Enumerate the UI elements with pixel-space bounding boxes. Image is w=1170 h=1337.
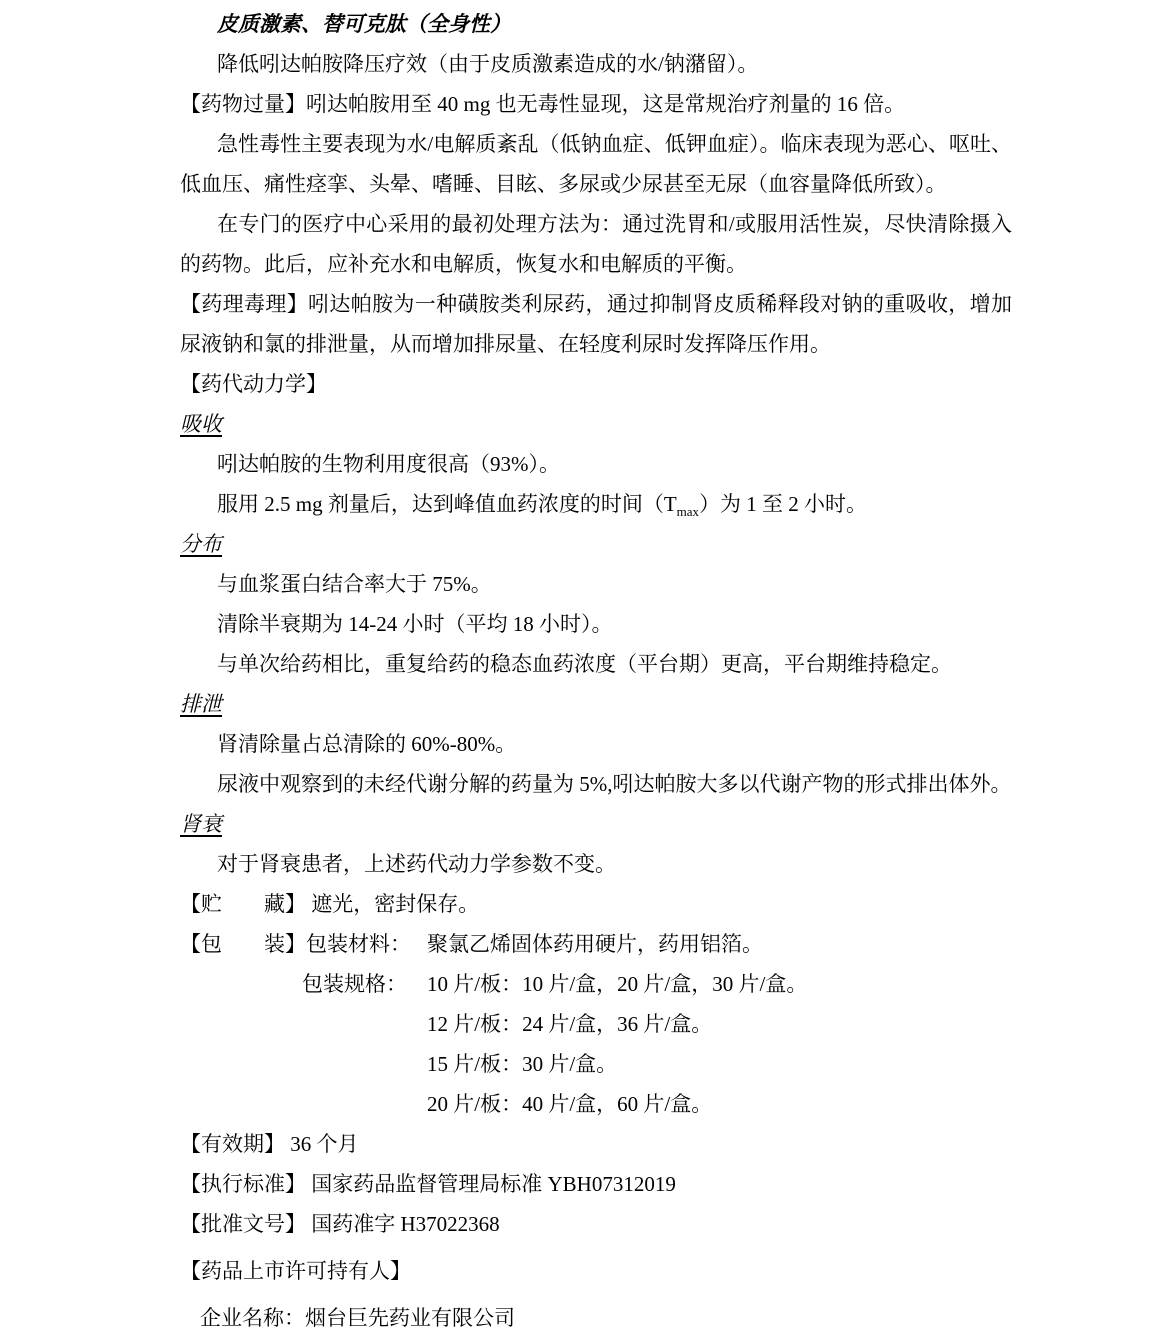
section-packaging-material: 【包 装】包装材料：聚氯乙烯固体药用硬片，药用铝箔。 <box>180 924 1012 964</box>
para-renal-clearance: 肾清除量占总清除的 60%-80%。 <box>180 724 1012 764</box>
tmax-subscript: max <box>677 504 699 519</box>
packaging-material-label: 【包 装】包装材料： <box>180 932 411 956</box>
document-page: 皮质激素、替可克肽（全身性） 降低吲达帕胺降压疗效（由于皮质激素造成的水/钠潴留… <box>180 4 1012 1337</box>
subheading-distribution: 分布 <box>180 524 1012 564</box>
para-acute-toxicity: 急性毒性主要表现为水/电解质紊乱（低钠血症、低钾血症）。临床表现为恶心、呕吐、低… <box>180 124 1012 204</box>
section-shelf-life: 【有效期】 36 个月 <box>180 1124 1012 1164</box>
para-steady-state: 与单次给药相比，重复给药的稳态血药浓度（平台期）更高，平台期维持稳定。 <box>180 644 1012 684</box>
packaging-spec-line-4: 20 片/板：40 片/盒，60 片/盒。 <box>180 1084 1012 1124</box>
para-tmax: 服用 2.5 mg 剂量后，达到峰值血药浓度的时间（Tmax）为 1 至 2 小… <box>180 484 1012 524</box>
para-half-life: 清除半衰期为 14-24 小时（平均 18 小时）。 <box>180 604 1012 644</box>
para-bioavailability: 吲达帕胺的生物利用度很高（93%）。 <box>180 444 1012 484</box>
section-pharmacology-toxicology: 【药理毒理】吲达帕胺为一种磺胺类利尿药，通过抑制肾皮质稀释段对钠的重吸收，增加尿… <box>180 284 1012 364</box>
section-storage: 【贮 藏】 遮光，密封保存。 <box>180 884 1012 924</box>
packaging-spec-line-2: 12 片/板：24 片/盒，36 片/盒。 <box>180 1004 1012 1044</box>
subheading-renal-failure: 肾衰 <box>180 804 1012 844</box>
subheading-excretion-label: 排泄 <box>180 692 222 716</box>
packaging-spec-line-3: 15 片/板：30 片/盒。 <box>180 1044 1012 1084</box>
subheading-renal-failure-label: 肾衰 <box>180 812 222 836</box>
para-urine-metabolites: 尿液中观察到的未经代谢分解的药量为 5%,吲达帕胺大多以代谢产物的形式排出体外。 <box>180 764 1012 804</box>
heading-corticosteroids: 皮质激素、替可克肽（全身性） <box>180 4 1012 44</box>
section-standard: 【执行标准】 国家药品监督管理局标准 YBH07312019 <box>180 1164 1012 1204</box>
para-corticosteroid-effect: 降低吲达帕胺降压疗效（由于皮质激素造成的水/钠潴留）。 <box>180 44 1012 84</box>
packaging-spec-value-1: 10 片/板：10 片/盒，20 片/盒，30 片/盒。 <box>427 964 807 1004</box>
packaging-spec-line-1: 包装规格：10 片/板：10 片/盒，20 片/盒，30 片/盒。 <box>180 964 1012 1004</box>
packaging-spec-label: 包装规格： <box>302 972 407 996</box>
section-license-holder: 【药品上市许可持有人】 <box>180 1251 1012 1291</box>
section-pharmacokinetics: 【药代动力学】 <box>180 364 1012 404</box>
para-renal-failure-patients: 对于肾衰患者，上述药代动力学参数不变。 <box>180 844 1012 884</box>
section-approval-number: 【批准文号】 国药准字 H37022368 <box>180 1204 1012 1244</box>
section-overdose: 【药物过量】吲达帕胺用至 40 mg 也无毒性显现，这是常规治疗剂量的 16 倍… <box>180 84 1012 124</box>
subheading-excretion: 排泄 <box>180 684 1012 724</box>
packaging-material-value: 聚氯乙烯固体药用硬片，药用铝箔。 <box>427 924 763 964</box>
para-tmax-pre: 服用 2.5 mg 剂量后，达到峰值血药浓度的时间（T <box>217 492 677 516</box>
para-company-name: 企业名称：烟台巨先药业有限公司 <box>180 1298 1012 1337</box>
subheading-absorption: 吸收 <box>180 404 1012 444</box>
para-initial-treatment: 在专门的医疗中心采用的最初处理方法为：通过洗胃和/或服用活性炭，尽快清除摄入的药… <box>180 204 1012 284</box>
para-tmax-post: ）为 1 至 2 小时。 <box>699 492 867 516</box>
subheading-absorption-label: 吸收 <box>180 412 222 436</box>
subheading-distribution-label: 分布 <box>180 532 222 556</box>
para-protein-binding: 与血浆蛋白结合率大于 75%。 <box>180 564 1012 604</box>
